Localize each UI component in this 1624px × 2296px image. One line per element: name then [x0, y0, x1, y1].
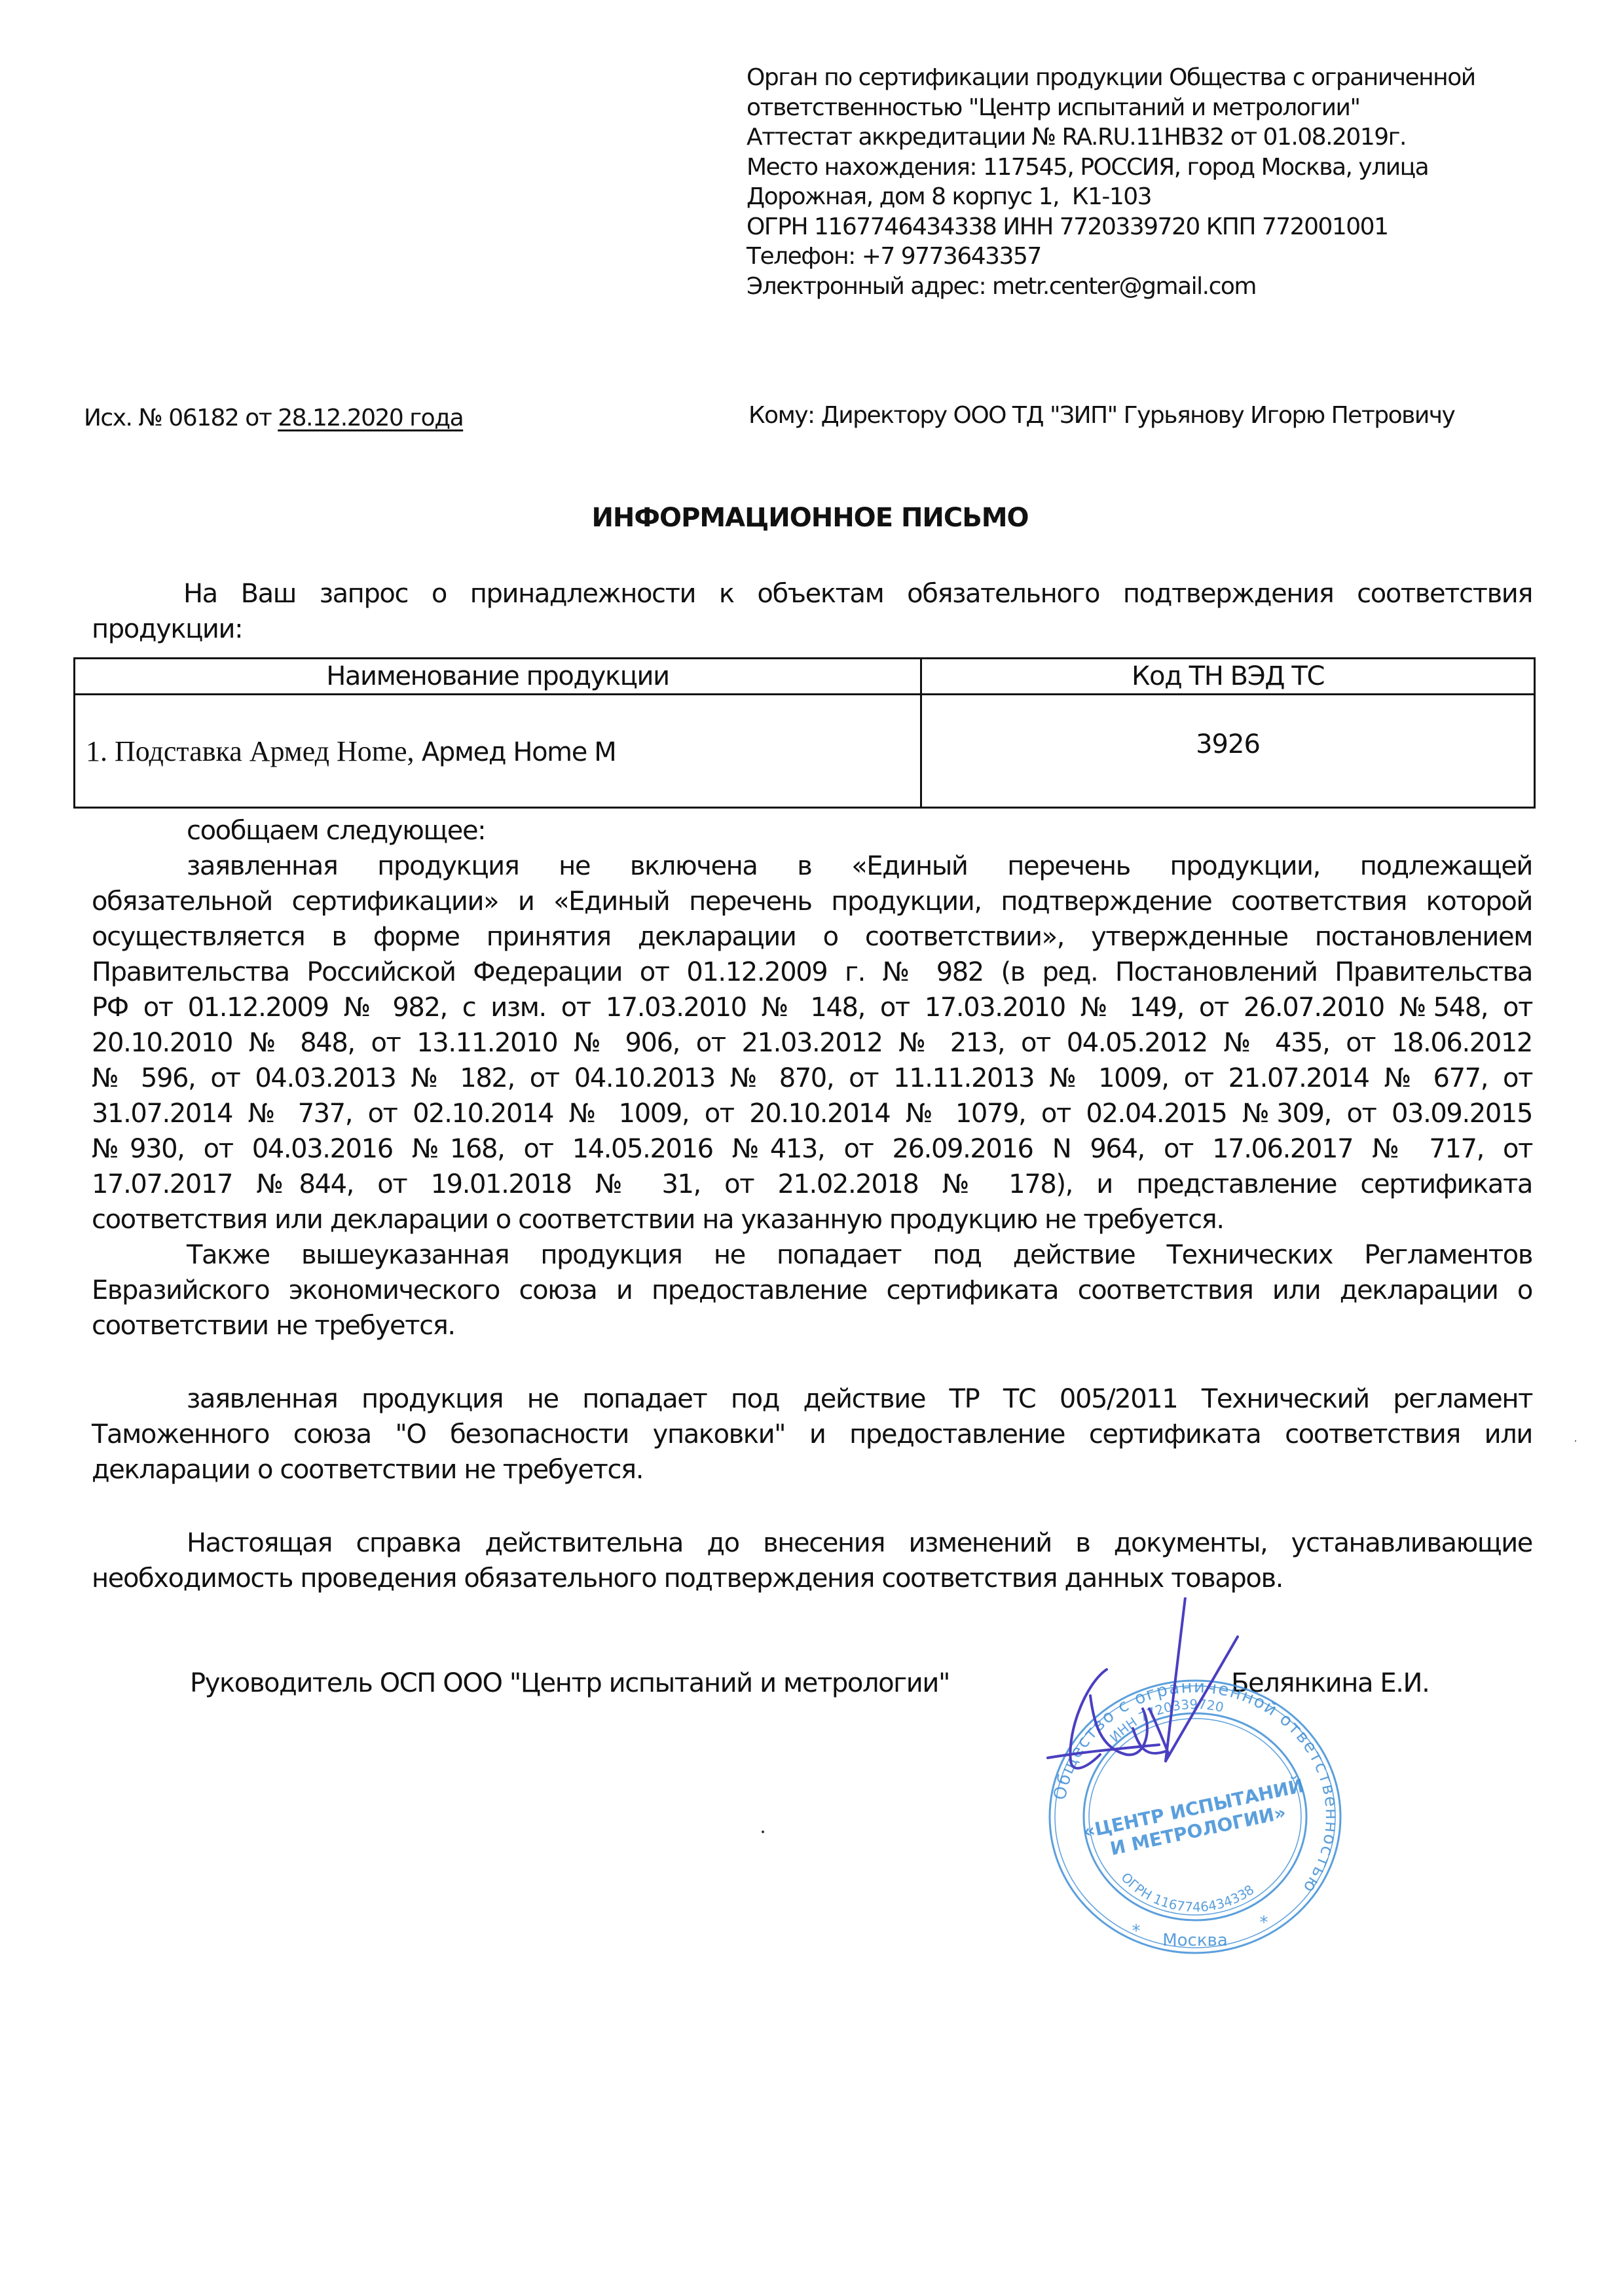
scan-speck	[762, 1831, 764, 1833]
body-paragraph-4: Настоящая справка действительна до внесе…	[92, 1525, 1532, 1596]
svg-text:*: *	[1132, 1922, 1141, 1941]
product-name-cell: 1. Подставка Армед Home, Армед Home M	[75, 695, 921, 808]
svg-text:Москва: Москва	[1162, 1931, 1228, 1950]
body-line: № 596, от 04.03.2013 № 182, от 04.10.201…	[92, 1061, 1532, 1096]
letterhead-line: Место нахождения: 117545, РОССИЯ, город …	[747, 153, 1493, 183]
document-title: ИНФОРМАЦИОННОЕ ПИСЬМО	[0, 503, 1624, 533]
body-line: Правительства Российской Федерации от 01…	[92, 955, 1532, 990]
body-line: соответствии не требуется.	[92, 1308, 1532, 1343]
body-paragraph-2: Также вышеуказанная продукция не попадае…	[92, 1237, 1532, 1343]
hs-code-cell: 3926	[921, 695, 1535, 808]
body-line: Таможенного союза "О безопасности упаков…	[92, 1417, 1532, 1452]
products-table: Наименование продукции Код ТН ВЭД ТС 1. …	[73, 657, 1536, 809]
body-line: заявленная продукция не включена в «Един…	[92, 848, 1532, 884]
svg-text:*: *	[1260, 1913, 1268, 1933]
letterhead-line: Электронный адрес: metr.center@gmail.com	[747, 272, 1493, 302]
body-line: необходимость проведения обязательного п…	[92, 1561, 1532, 1596]
body-line: 31.07.2014 № 737, от 02.10.2014 № 1009, …	[92, 1096, 1532, 1131]
body-line: обязательной сертификации» и «Единый пер…	[92, 884, 1532, 919]
table-row: 1. Подставка Армед Home, Армед Home M 39…	[75, 695, 1535, 808]
body-paragraph-1: заявленная продукция не включена в «Един…	[92, 848, 1532, 1237]
recipient: Кому: Директору ООО ТД "ЗИП" Гурьянову И…	[748, 402, 1454, 429]
body-paragraph-3: заявленная продукция не попадает под дей…	[92, 1381, 1532, 1487]
letterhead-line: Телефон: +7 9773643357	[747, 242, 1493, 272]
intro-paragraph: На Ваш запрос о принадлежности к объекта…	[92, 576, 1532, 647]
scan-speck	[1575, 1440, 1576, 1442]
column-header-product-name: Наименование продукции	[75, 659, 921, 695]
letterhead-line: Дорожная, дом 8 корпус 1, К1-103	[747, 182, 1493, 212]
document-title-text: ИНФОРМАЦИОННОЕ ПИСЬМО	[591, 503, 1028, 533]
body-line: заявленная продукция не попадает под дей…	[92, 1381, 1532, 1417]
product-name-part2: Армед Home M	[415, 737, 616, 767]
signatory-position: Руководитель ОСП ООО "Центр испытаний и …	[190, 1668, 950, 1698]
letterhead-line: ответственностью "Центр испытаний и метр…	[747, 93, 1493, 123]
letter-body: сообщаем следующее: заявленная продукция…	[92, 813, 1532, 1596]
body-line: РФ от 01.12.2009 № 982, с изм. от 17.03.…	[92, 990, 1532, 1025]
reference-prefix: Исх. № 06182 от	[84, 405, 278, 431]
body-line: 20.10.2010 № 848, от 13.11.2010 № 906, о…	[92, 1025, 1532, 1061]
body-line: Настоящая справка действительна до внесе…	[92, 1525, 1532, 1561]
letterhead-line: ОГРН 1167746434338 ИНН 7720339720 КПП 77…	[747, 212, 1493, 242]
body-line: Евразийского экономического союза и пред…	[92, 1273, 1532, 1308]
body-line: Также вышеуказанная продукция не попадае…	[92, 1237, 1532, 1273]
body-line: соответствия или декларации о соответств…	[92, 1202, 1532, 1237]
hs-code-value: 3926	[1196, 729, 1260, 759]
column-header-hs-code: Код ТН ВЭД ТС	[921, 659, 1535, 695]
svg-text:ОГРН 1167746434338: ОГРН 1167746434338	[1118, 1869, 1257, 1915]
handwritten-signature-icon	[1035, 1597, 1297, 1781]
reference-date: 28.12.2020 года	[278, 405, 463, 431]
body-line: 17.07.2017 №844, от 19.01.2018 № 31, от …	[92, 1167, 1532, 1202]
letterhead-line: Орган по сертификации продукции Общества…	[747, 63, 1493, 93]
product-name-part1: 1. Подставка Армед Home,	[86, 735, 415, 767]
body-line: осуществляется в форме принятия декларац…	[92, 919, 1532, 955]
intro-line: продукции:	[92, 611, 1532, 647]
intro-line: На Ваш запрос о принадлежности к объекта…	[92, 576, 1532, 611]
letterhead-line: Аттестат аккредитации № RA.RU.11НВ32 от …	[747, 122, 1493, 153]
body-lead: сообщаем следующее:	[92, 813, 1532, 848]
body-line: декларации о соответствии не требуется.	[92, 1452, 1532, 1487]
table-header-row: Наименование продукции Код ТН ВЭД ТС	[75, 659, 1535, 695]
body-line: №930, от 04.03.2016 №168, от 14.05.2016 …	[92, 1131, 1532, 1167]
issuer-letterhead: Орган по сертификации продукции Общества…	[747, 63, 1493, 301]
outgoing-reference: Исх. № 06182 от 28.12.2020 года	[84, 405, 463, 431]
